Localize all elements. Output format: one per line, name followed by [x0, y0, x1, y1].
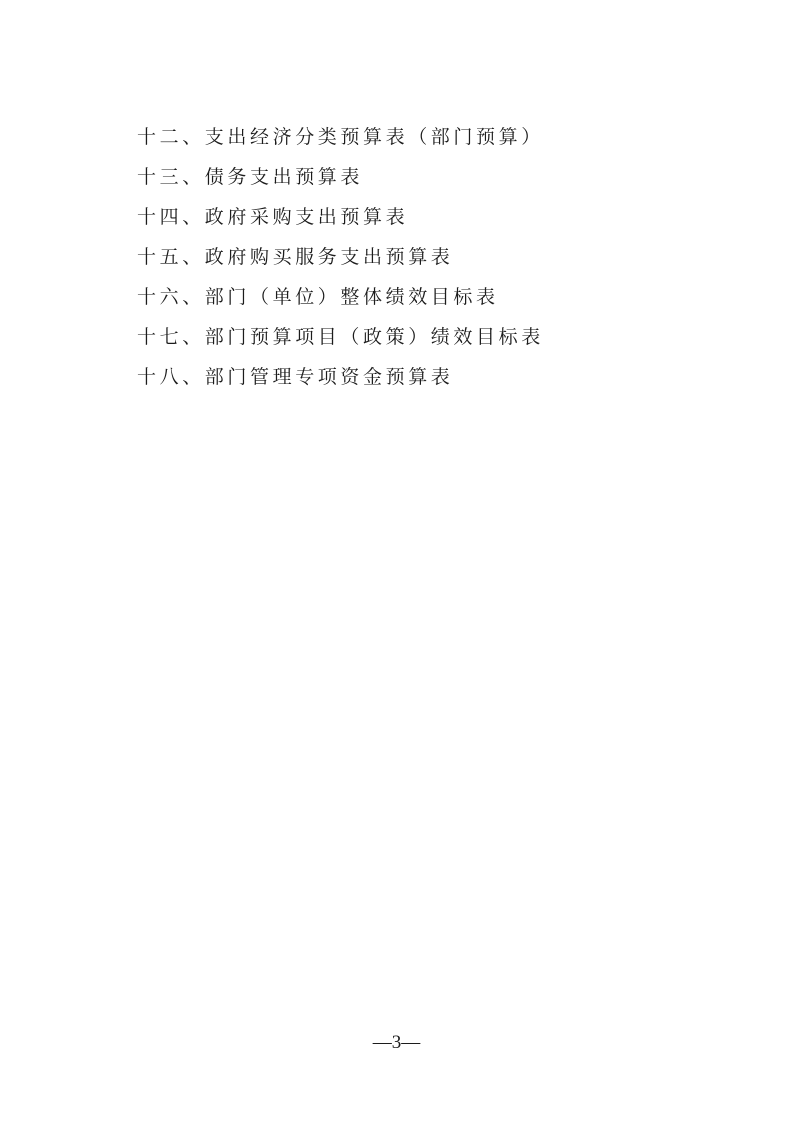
toc-item: 十二、支出经济分类预算表（部门预算） — [137, 124, 544, 164]
page-number: —3— — [0, 1032, 793, 1054]
toc-item: 十六、部门（单位）整体绩效目标表 — [137, 284, 544, 324]
toc-item: 十八、部门管理专项资金预算表 — [137, 364, 544, 404]
document-page: 十二、支出经济分类预算表（部门预算） 十三、债务支出预算表 十四、政府采购支出预… — [0, 0, 793, 1122]
toc-item: 十三、债务支出预算表 — [137, 164, 544, 204]
toc-item: 十五、政府购买服务支出预算表 — [137, 244, 544, 284]
table-of-contents: 十二、支出经济分类预算表（部门预算） 十三、债务支出预算表 十四、政府采购支出预… — [137, 124, 544, 404]
toc-item: 十七、部门预算项目（政策）绩效目标表 — [137, 324, 544, 364]
toc-item: 十四、政府采购支出预算表 — [137, 204, 544, 244]
